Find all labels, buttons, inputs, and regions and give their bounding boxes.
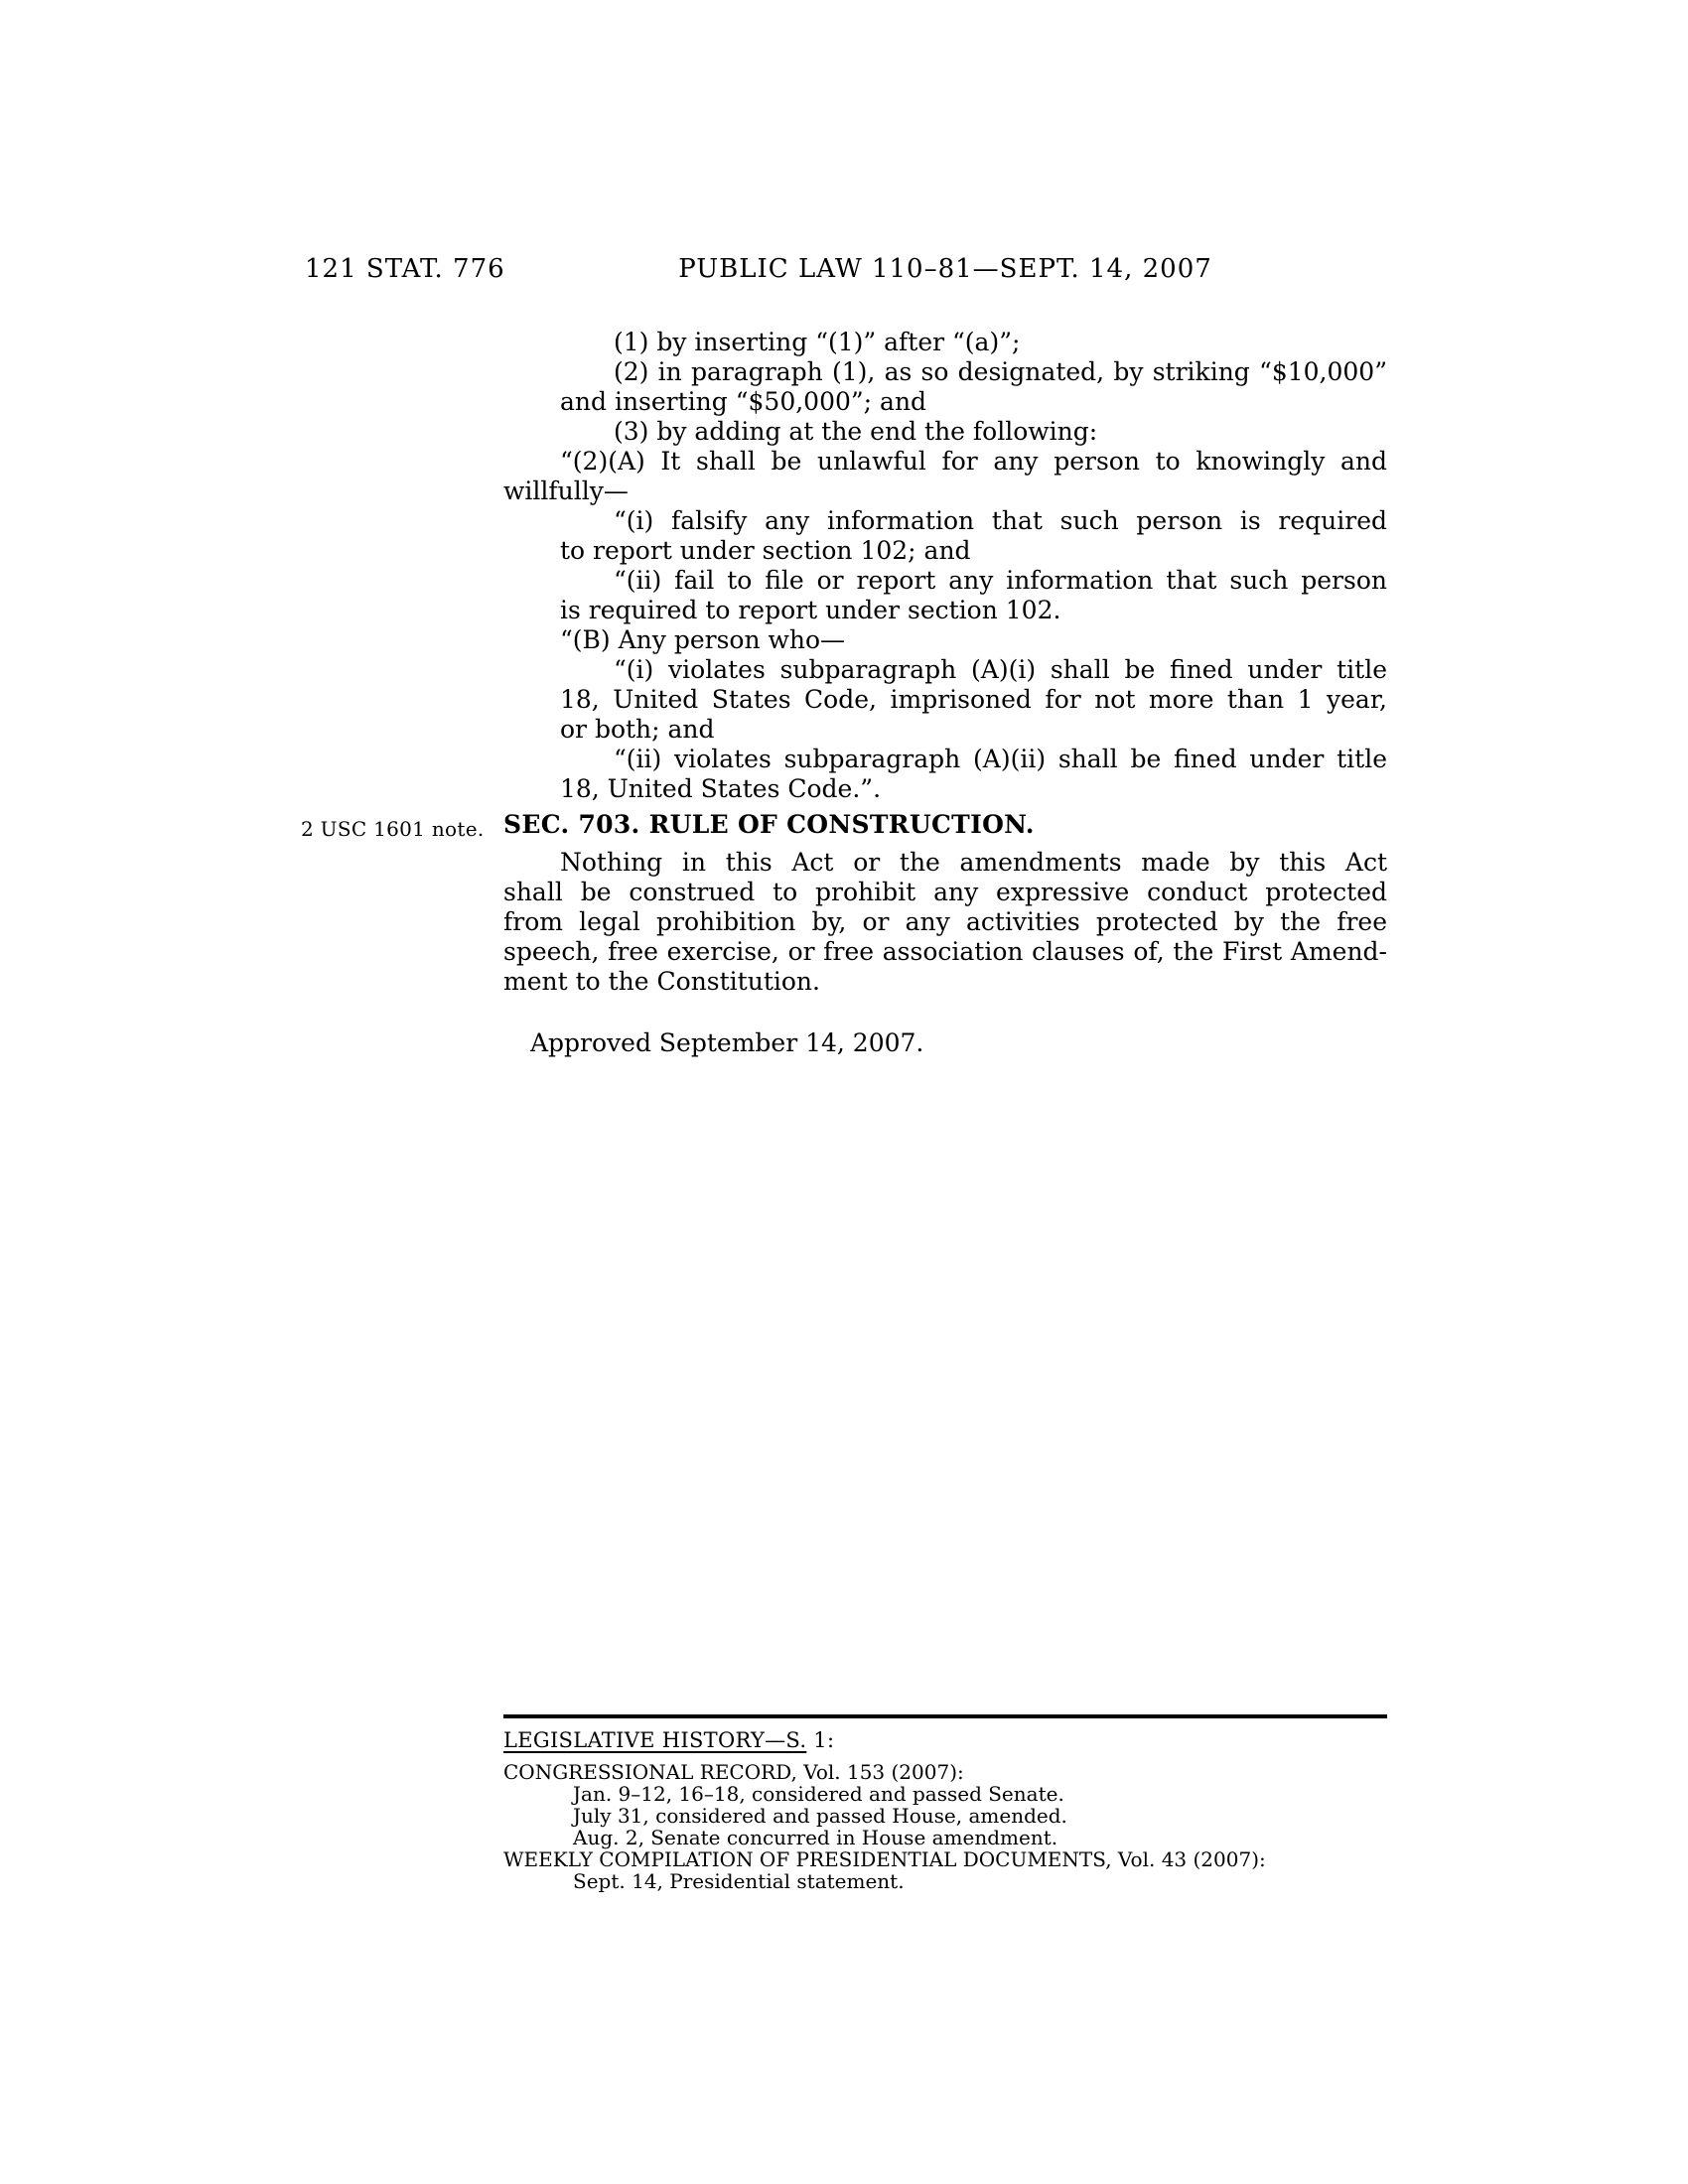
margin-note: 2 USC 1601 note. xyxy=(301,814,485,844)
text-line: (1) by inserting “(1)” after “(a)”; xyxy=(503,328,1387,357)
text-line: “(ii) violates subparagraph (A)(ii) shal… xyxy=(503,745,1387,774)
text-line: July 31, considered and passed House, am… xyxy=(503,1805,1387,1827)
amendment-text-block: (1) by inserting “(1)” after “(a)”;(2) i… xyxy=(503,328,1387,804)
text-line: or both; and xyxy=(503,715,1387,745)
text-line: “(ii) fail to file or report any informa… xyxy=(503,566,1387,596)
text-line: speech, free exercise, or free associati… xyxy=(503,937,1387,967)
legislative-history-entries: CONGRESSIONAL RECORD, Vol. 153 (2007):Ja… xyxy=(503,1761,1387,1892)
text-line: Nothing in this Act or the amendments ma… xyxy=(503,848,1387,878)
legislative-history-title-underlined: LEGISLATIVE HISTORY—S. xyxy=(503,1728,806,1752)
rule-of-construction-paragraph: Nothing in this Act or the amendments ma… xyxy=(503,848,1387,997)
text-line: “(i) violates subparagraph (A)(i) shall … xyxy=(503,655,1387,685)
text-column: (1) by inserting “(1)” after “(a)”;(2) i… xyxy=(503,328,1387,1058)
text-line: to report under section 102; and xyxy=(503,536,1387,566)
text-line: CONGRESSIONAL RECORD, Vol. 153 (2007): xyxy=(503,1761,1387,1783)
text-line: 18, United States Code.”. xyxy=(503,774,1387,804)
text-line: “(2)(A) It shall be unlawful for any per… xyxy=(503,447,1387,477)
legislative-history-title: LEGISLATIVE HISTORY—S. 1: xyxy=(503,1729,1387,1751)
section-heading: SEC. 703. RULE OF CONSTRUCTION. xyxy=(503,810,1035,839)
legislative-history-bill-number: 1: xyxy=(806,1728,834,1752)
text-line: from legal prohibition by, or any activi… xyxy=(503,907,1387,937)
text-line: 18, United States Code, imprisoned for n… xyxy=(503,685,1387,715)
text-line: Aug. 2, Senate concurred in House amendm… xyxy=(503,1827,1387,1848)
text-line: ment to the Constitution. xyxy=(503,967,1387,997)
separator-rule xyxy=(503,1714,1387,1718)
legislative-history-block: LEGISLATIVE HISTORY—S. 1: CONGRESSIONAL … xyxy=(503,1714,1387,1892)
text-line: WEEKLY COMPILATION OF PRESIDENTIAL DOCUM… xyxy=(503,1848,1387,1870)
approval-line: Approved September 14, 2007. xyxy=(503,1028,1387,1058)
text-line: is required to report under section 102. xyxy=(503,596,1387,625)
text-line: Sept. 14, Presidential statement. xyxy=(503,1870,1387,1892)
text-line: (3) by adding at the end the following: xyxy=(503,417,1387,447)
text-line: shall be construed to prohibit any expre… xyxy=(503,878,1387,907)
page-number: 121 STAT. 776 xyxy=(305,254,505,284)
statute-page: 121 STAT. 776 PUBLIC LAW 110–81—SEPT. 14… xyxy=(0,0,1688,2184)
text-line: Jan. 9–12, 16–18, considered and passed … xyxy=(503,1783,1387,1805)
text-line: and inserting “$50,000”; and xyxy=(503,387,1387,417)
text-line: “(i) falsify any information that such p… xyxy=(503,506,1387,536)
section-heading-row: 2 USC 1601 note. SEC. 703. RULE OF CONST… xyxy=(503,810,1387,840)
text-line: willfully— xyxy=(503,477,1387,506)
text-line: (2) in paragraph (1), as so designated, … xyxy=(503,357,1387,387)
text-line: “(B) Any person who— xyxy=(503,625,1387,655)
law-title-header: PUBLIC LAW 110–81—SEPT. 14, 2007 xyxy=(503,254,1387,284)
